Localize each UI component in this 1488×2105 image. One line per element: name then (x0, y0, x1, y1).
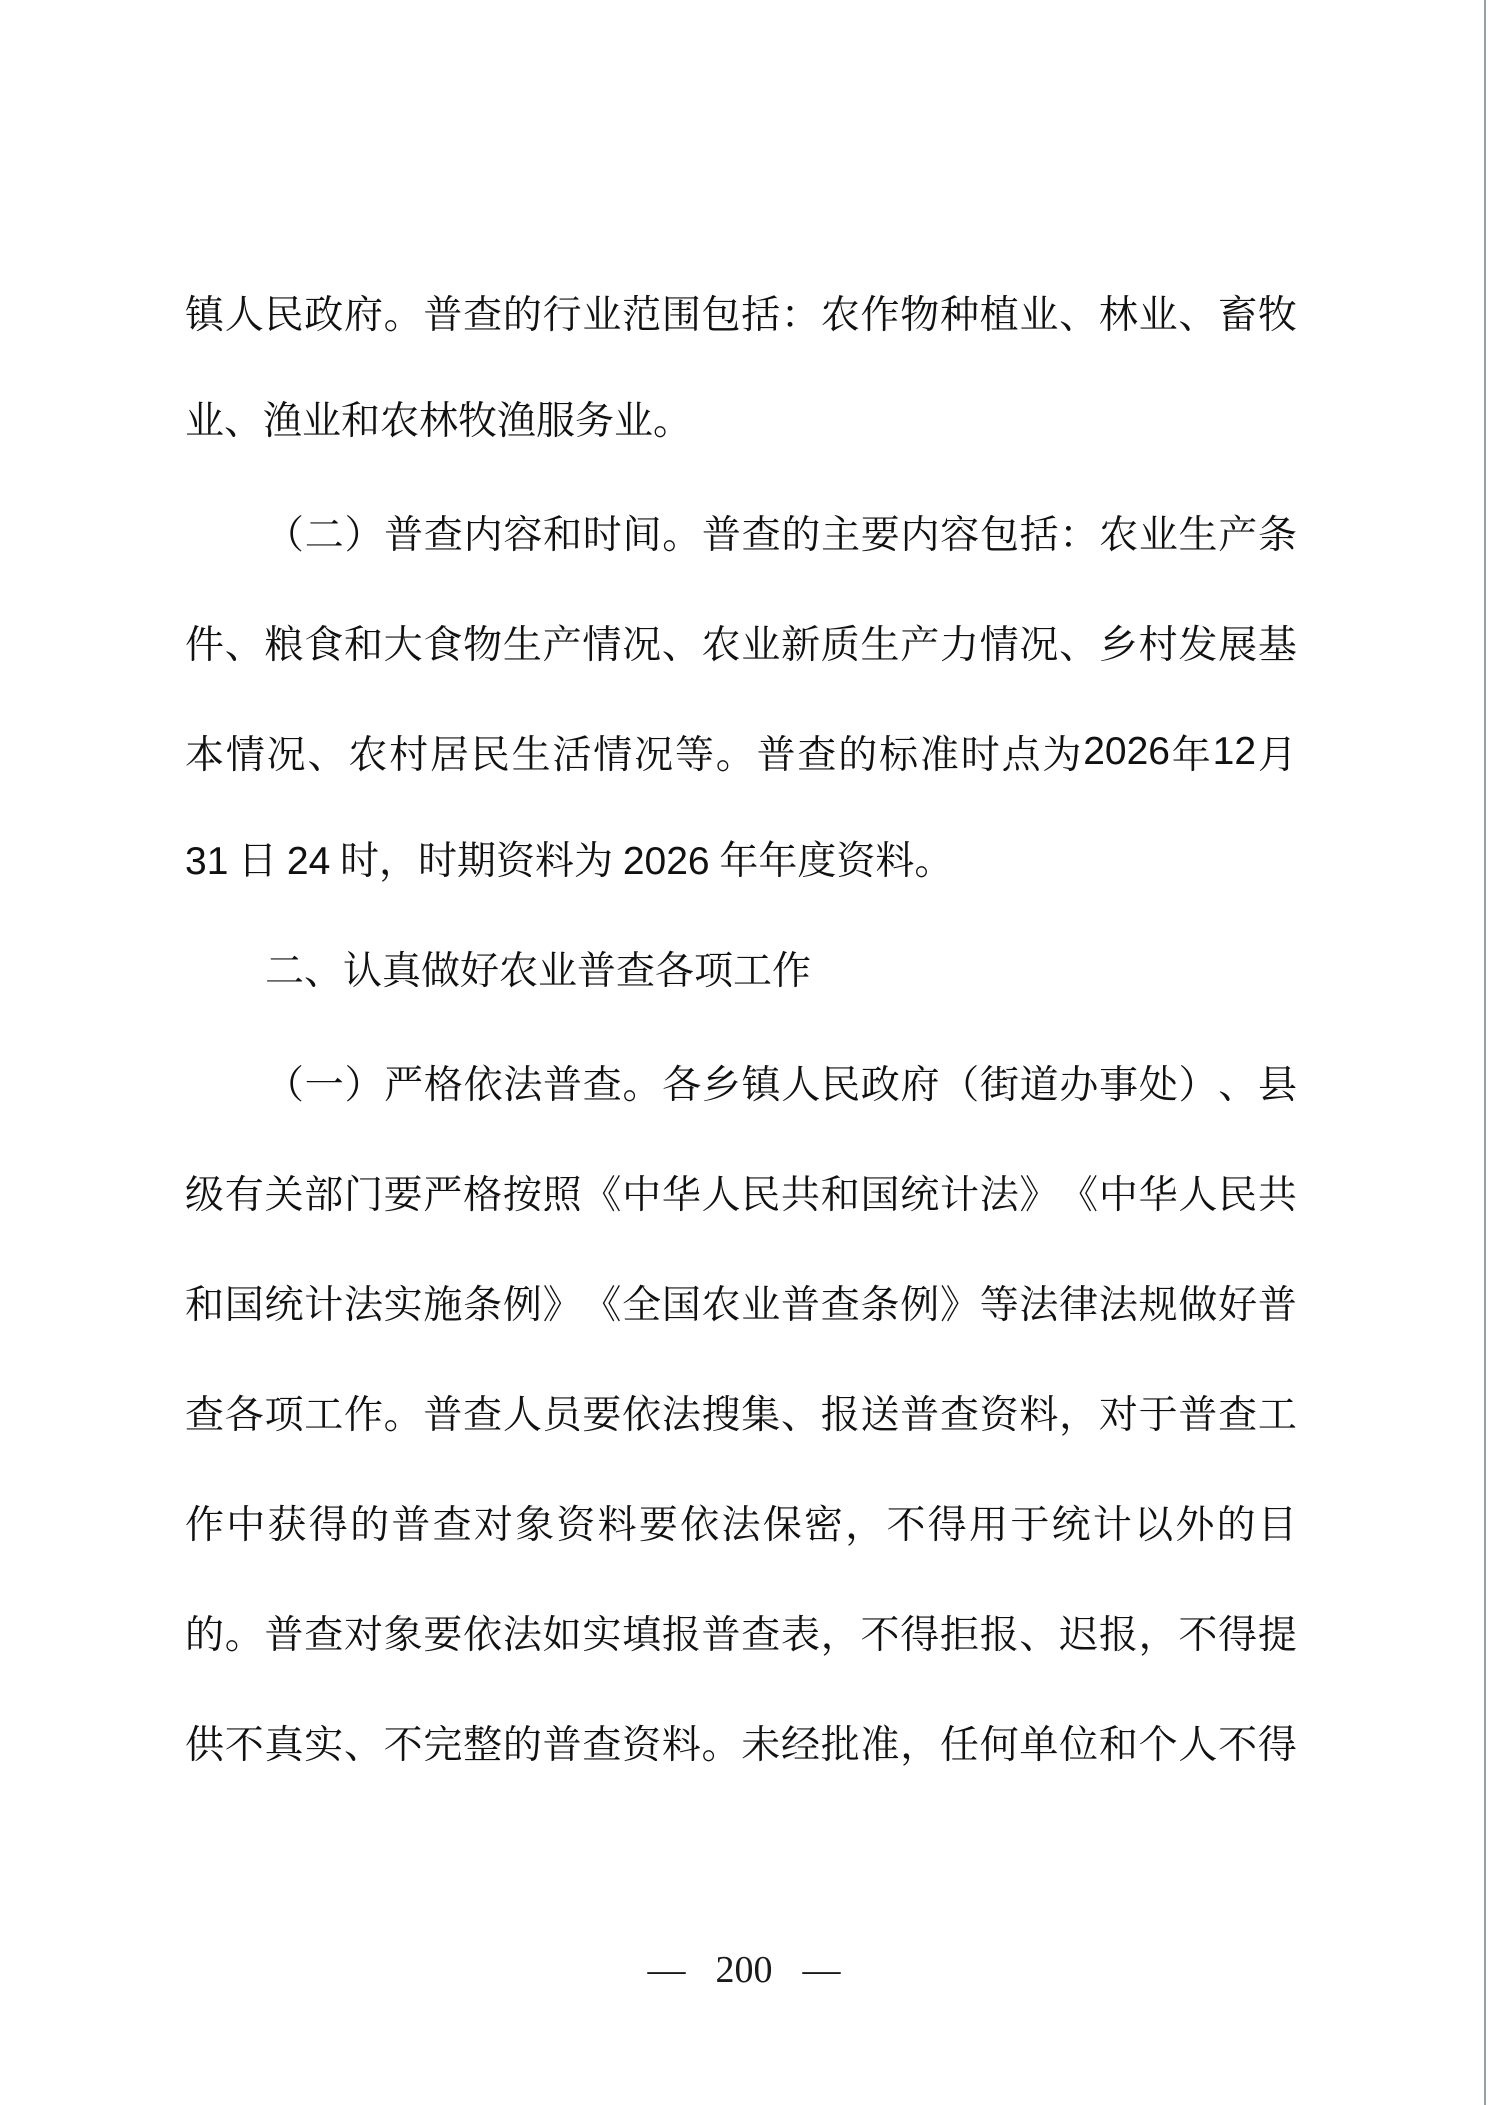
text-line: 查各项工作。普查人员要依法搜集、报送普查资料，对于普查工 (185, 1357, 1297, 1467)
text-line: 本情况、农村居民生活情况等。普查的标准时点为2026年12月 (185, 697, 1297, 807)
text-line: 级有关部门要严格按照《中华人民共和国统计法》《中华人民共 (185, 1137, 1297, 1247)
text-line: 的。普查对象要依法如实填报普查表，不得拒报、迟报，不得提 (185, 1577, 1297, 1687)
text-line: 业、渔业和农林牧渔服务业。 (185, 367, 1297, 477)
text-line: 供不真实、不完整的普查资料。未经批准，任何单位和个人不得 (185, 1687, 1297, 1797)
text-line: （二）普查内容和时间。普查的主要内容包括：农业生产条 (185, 477, 1297, 587)
text-line: 和国统计法实施条例》《全国农业普查条例》等法律法规做好普 (185, 1247, 1297, 1357)
text-line: 镇人民政府。普查的行业范围包括：农作物种植业、林业、畜牧 (185, 257, 1297, 367)
text-line: 作中获得的普查对象资料要依法保密，不得用于统计以外的目 (185, 1467, 1297, 1577)
footer-dash-right: — (803, 1948, 841, 1992)
document-page: 镇人民政府。普查的行业范围包括：农作物种植业、林业、畜牧业、渔业和农林牧渔服务业… (0, 0, 1488, 2105)
footer-dash-left: — (648, 1948, 686, 1992)
text-line: （一）严格依法普查。各乡镇人民政府（街道办事处）、县 (185, 1027, 1297, 1137)
text-line: 31 日 24 时，时期资料为 2026 年年度资料。 (185, 807, 1297, 917)
text-lines: 镇人民政府。普查的行业范围包括：农作物种植业、林业、畜牧业、渔业和农林牧渔服务业… (185, 257, 1297, 1797)
page-number: 200 (716, 1948, 773, 1992)
section-heading: 二、认真做好农业普查各项工作 (185, 917, 1297, 1027)
scan-edge-line (1484, 0, 1486, 2105)
text-line: 件、粮食和大食物生产情况、农业新质生产力情况、乡村发展基 (185, 587, 1297, 697)
page-footer: — 200 — (0, 1938, 1488, 2002)
